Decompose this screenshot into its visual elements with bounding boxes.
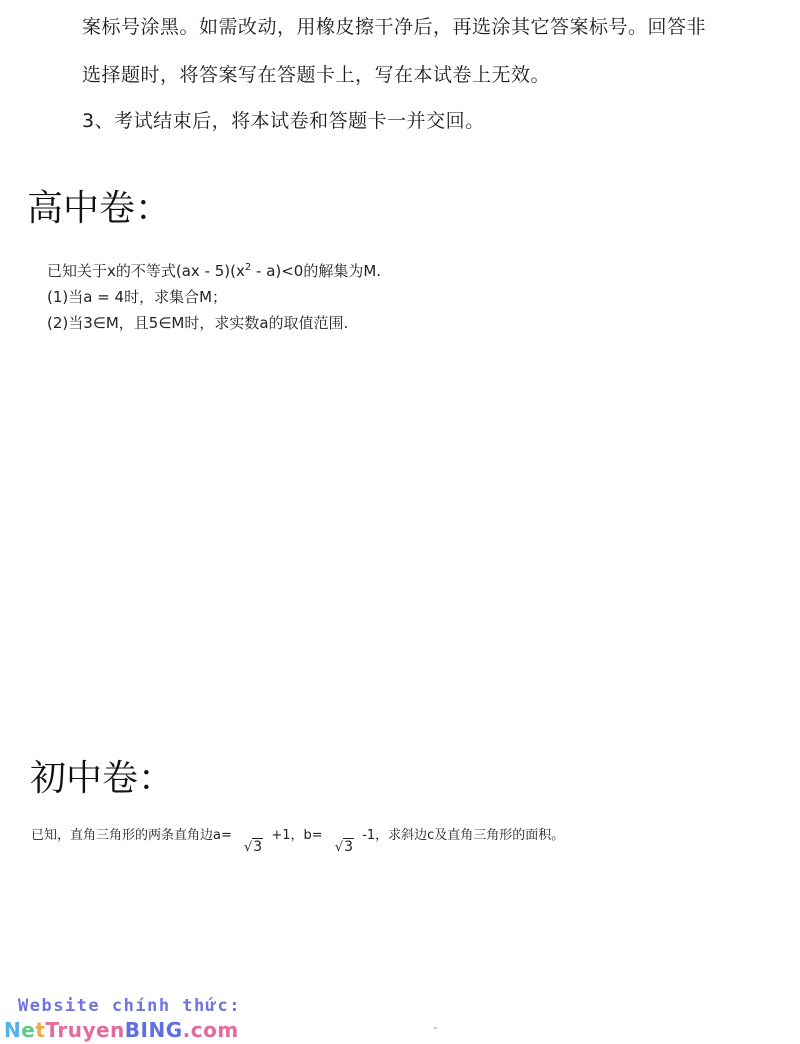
section-title-high-school: 高中卷： [27, 180, 171, 231]
instruction-line-3: 3、考试结束后，将本试卷和答题卡一并交回。 [82, 106, 485, 133]
radicand: 3 [252, 838, 263, 855]
question-text: 已知，直角三角形的两条直角边a= [31, 828, 232, 843]
brand-part: N [4, 1018, 21, 1042]
middle-school-question: 已知，直角三角形的两条直角边a= √3 +1，b= √3 -1，求斜边c及直角三… [31, 824, 564, 843]
sqrt-expression: √3 [335, 839, 354, 855]
question-text: -1，求斜边c及直角三角形的面积。 [362, 828, 564, 843]
instruction-line-1: 案标号涂黑。如需改动，用橡皮擦干净后，再选涂其它答案标号。回答非 [82, 12, 706, 39]
watermark-label: Website chính thức: [18, 996, 241, 1016]
brand-part: Truyen [45, 1018, 124, 1042]
question-line-3: (2)当3∈M，且5∈M时，求实数a的取值范围. [47, 312, 348, 333]
section-title-middle-school: 初中卷： [30, 750, 174, 801]
watermark-brand[interactable]: NetTruyenBING.com [4, 1018, 239, 1042]
question-line-1: 已知关于x的不等式(ax - 5)(x2 - a)<0的解集为M. [47, 260, 381, 281]
brand-part: .com [183, 1018, 239, 1042]
speck [434, 1027, 437, 1029]
brand-part: e [21, 1018, 35, 1042]
brand-part: t [35, 1018, 45, 1042]
sqrt-icon: √ [335, 840, 343, 855]
brand-part: BING [125, 1018, 183, 1042]
instruction-line-2: 选择题时，将答案写在答题卡上，写在本试卷上无效。 [82, 60, 550, 87]
question-text: - a)<0的解集为M. [251, 262, 381, 280]
question-text: +1，b= [271, 828, 322, 843]
radicand: 3 [343, 838, 354, 855]
question-line-2: (1)当a = 4时，求集合M； [47, 286, 227, 307]
question-text: 已知关于x的不等式(ax - 5)(x [47, 262, 245, 280]
sqrt-expression: √3 [244, 839, 263, 855]
